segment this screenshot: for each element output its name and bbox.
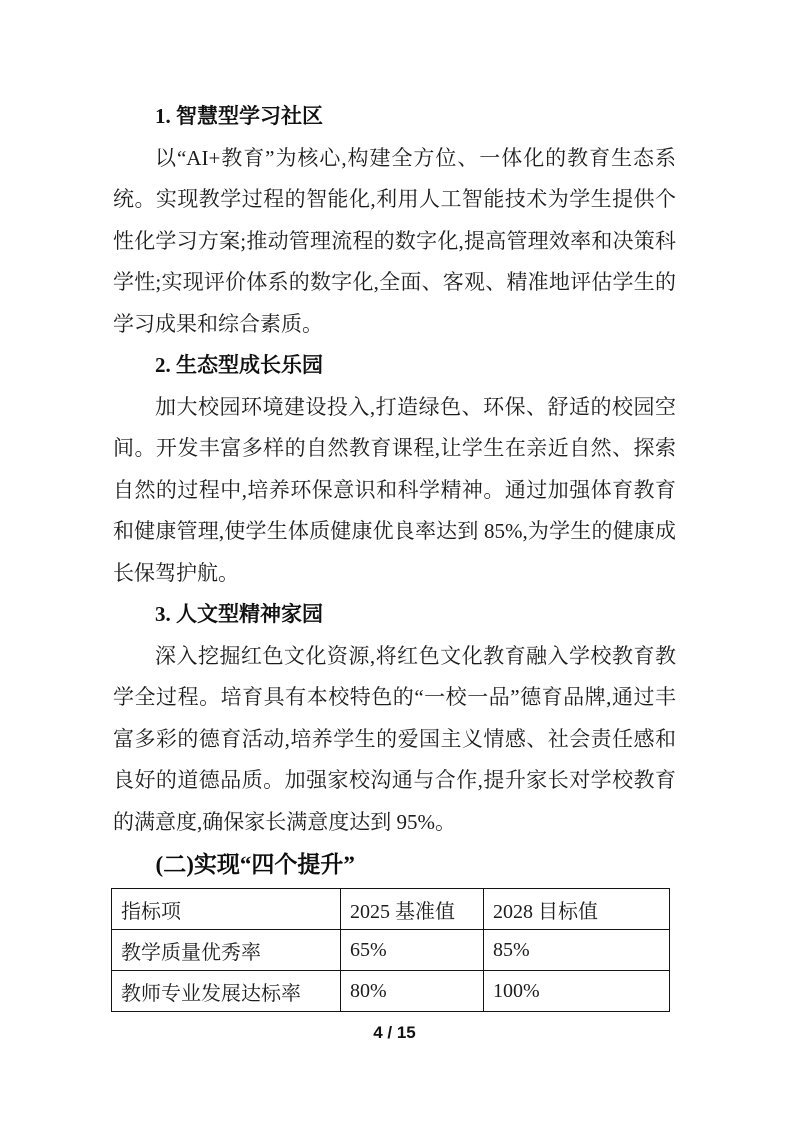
paragraph-1: 以“AI+教育”为核心,构建全方位、一体化的教育生态系统。实现教学过程的智能化,… — [113, 138, 676, 346]
table-row: 教师专业发展达标率 80% 100% — [112, 971, 670, 1012]
subsection-heading: (二)实现“四个提升” — [113, 843, 676, 887]
metrics-table: 指标项 2025 基准值 2028 目标值 教学质量优秀率 65% 85% 教师… — [111, 888, 670, 1012]
table-cell-target: 100% — [484, 971, 670, 1012]
document-page: 1. 智慧型学习社区 以“AI+教育”为核心,构建全方位、一体化的教育生态系统。… — [0, 0, 793, 1122]
paragraph-2: 加大校园环境建设投入,打造绿色、环保、舒适的校园空间。开发丰富多样的自然教育课程… — [113, 387, 676, 595]
paragraph-3: 深入挖掘红色文化资源,将红色文化教育融入学校教育教学全过程。培育具有本校特色的“… — [113, 636, 676, 844]
document-body: 1. 智慧型学习社区 以“AI+教育”为核心,构建全方位、一体化的教育生态系统。… — [0, 0, 793, 1045]
table-cell-baseline: 80% — [341, 971, 484, 1012]
table-header-cell-target-2028: 2028 目标值 — [484, 889, 670, 930]
table-row: 教学质量优秀率 65% 85% — [112, 930, 670, 971]
table-header-cell-indicator: 指标项 — [112, 889, 341, 930]
section-heading-2: 2. 生态型成长乐园 — [113, 345, 676, 387]
table-cell-target: 85% — [484, 930, 670, 971]
section-heading-1: 1. 智慧型学习社区 — [113, 96, 676, 138]
table-header-row: 指标项 2025 基准值 2028 目标值 — [112, 889, 670, 930]
page-number: 4 / 15 — [113, 1021, 676, 1045]
section-heading-3: 3. 人文型精神家园 — [113, 594, 676, 636]
table-cell-indicator: 教学质量优秀率 — [112, 930, 341, 971]
table-cell-indicator: 教师专业发展达标率 — [112, 971, 341, 1012]
table-cell-baseline: 65% — [341, 930, 484, 971]
table-header-cell-baseline-2025: 2025 基准值 — [341, 889, 484, 930]
